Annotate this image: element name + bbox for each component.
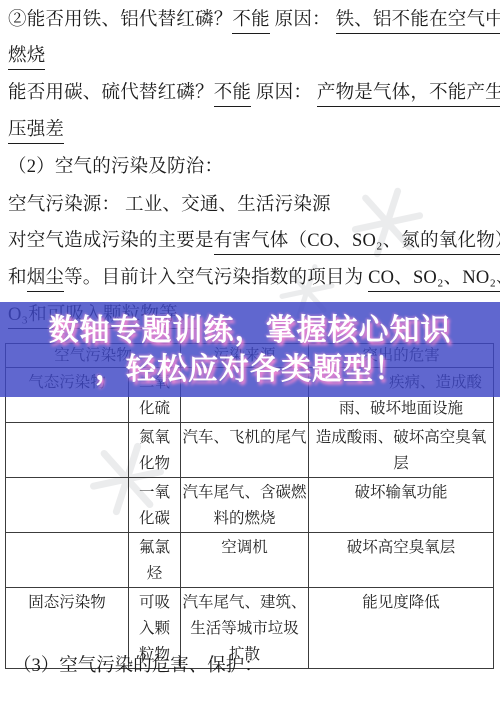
- cell-category: [6, 423, 129, 478]
- underlined-segment: 不能: [232, 8, 269, 34]
- text-segment: 对空气造成污染的主要是: [8, 229, 214, 254]
- cell-category: [6, 478, 129, 533]
- cell-text-line: 空调机: [182, 535, 307, 561]
- promo-banner-overlay: 数轴专题训练，掌握核心知识 ，轻松应对各类题型！: [0, 302, 500, 397]
- cell-source: 汽车、飞机的尾气: [181, 423, 309, 478]
- doc-line: ②能否用铁、铝代替红磷？不能 原因： 铁、铝不能在空气中: [8, 8, 500, 34]
- cell-text-line: 可吸: [130, 590, 179, 616]
- text-segment: 和: [8, 266, 27, 291]
- cell-harm: 能见度降低: [309, 588, 494, 669]
- text-segment: 原因：: [270, 8, 336, 33]
- cell-source: 空调机: [181, 533, 309, 588]
- cell-text-line: 化碳: [130, 506, 179, 532]
- doc-line: 能否用碳、硫代替红磷？不能 原因： 产物是气体，不能产生: [8, 81, 500, 107]
- cell-pollutant: 氟氯烃: [129, 533, 181, 588]
- doc-line: 燃烧: [8, 44, 45, 70]
- cell-category: [6, 533, 129, 588]
- text-segment: 原因：: [251, 81, 317, 106]
- banner-line-2: ，轻松应对各类题型！: [95, 351, 405, 388]
- cell-text-line: 化物: [130, 451, 179, 477]
- underlined-segment: 不能: [214, 81, 251, 107]
- underlined-segment: 有害气体（CO、SO₂、氮的氧化物）: [214, 229, 500, 255]
- underlined-segment: 压强差: [8, 118, 64, 144]
- text-segment: ②能否用铁、铝代替红磷？: [8, 8, 232, 33]
- cell-text-line: 汽车尾气、建筑、: [182, 590, 307, 616]
- cell-text-line: 氟氯: [130, 535, 179, 561]
- banner-line-1: 数轴专题训练，掌握核心知识: [49, 312, 452, 349]
- cell-harm: 破坏输氧功能: [309, 478, 494, 533]
- text-segment: （2）空气的污染及防治：: [8, 155, 223, 180]
- underlined-segment: 产物是气体，不能产生: [317, 81, 500, 107]
- document-page: { "banner": { "line1": "数轴专题训练，掌握核心知识", …: [0, 0, 500, 707]
- table-row: 一氧化碳汽车尾气、含碳燃料的燃烧破坏输氧功能: [6, 478, 494, 533]
- cell-pollutant: 氮氧化物: [129, 423, 181, 478]
- doc-line: 空气污染源： 工业、交通、生活污染源: [8, 193, 331, 218]
- cell-text-line: 入颗: [130, 616, 179, 642]
- cell-pollutant: 一氧化碳: [129, 478, 181, 533]
- cell-text-line: 氮氧: [130, 425, 179, 451]
- underlined-segment: CO、SO₂、NO₂、: [368, 266, 500, 292]
- doc-line: 对空气造成污染的主要是有害气体（CO、SO₂、氮的氧化物）: [8, 229, 500, 255]
- cell-source: 汽车尾气、含碳燃料的燃烧: [181, 478, 309, 533]
- text-segment: 空气污染源： 工业、交通、生活污染源: [8, 193, 331, 218]
- cell-text-line: 雨、破坏地面设施: [310, 396, 492, 422]
- cell-text-line: 汽车、飞机的尾气: [182, 425, 307, 451]
- doc-line: 和烟尘等。目前计入空气污染指数的项目为 CO、SO₂、NO₂、: [8, 266, 500, 292]
- underlined-segment: 铁、铝不能在空气中: [336, 8, 500, 34]
- table-row: 氮氧化物汽车、飞机的尾气造成酸雨、破坏高空臭氧层: [6, 423, 494, 478]
- cell-harm: 造成酸雨、破坏高空臭氧层: [309, 423, 494, 478]
- section-3-heading: （3）空气污染的危害、保护：: [13, 651, 263, 677]
- underlined-segment: 烟尘: [27, 266, 64, 292]
- underlined-segment: 燃烧: [8, 44, 45, 70]
- text-segment: 能否用碳、硫代替红磷？: [8, 81, 214, 106]
- table-row: 氟氯烃空调机破坏高空臭氧层: [6, 533, 494, 588]
- cell-text-line: 化硫: [130, 396, 179, 422]
- cell-text-line: 汽车尾气、含碳燃: [182, 480, 307, 506]
- cell-text-line: 生活等城市垃圾: [182, 616, 307, 642]
- cell-text-line: 一氧: [130, 480, 179, 506]
- doc-line: （2）空气的污染及防治：: [8, 155, 223, 180]
- cell-text-line: 料的燃烧: [182, 506, 307, 532]
- cell-harm: 破坏高空臭氧层: [309, 533, 494, 588]
- text-segment: 等。目前计入空气污染指数的项目为: [64, 266, 368, 291]
- doc-line: 压强差: [8, 118, 64, 144]
- cell-text-line: 烃: [130, 561, 179, 587]
